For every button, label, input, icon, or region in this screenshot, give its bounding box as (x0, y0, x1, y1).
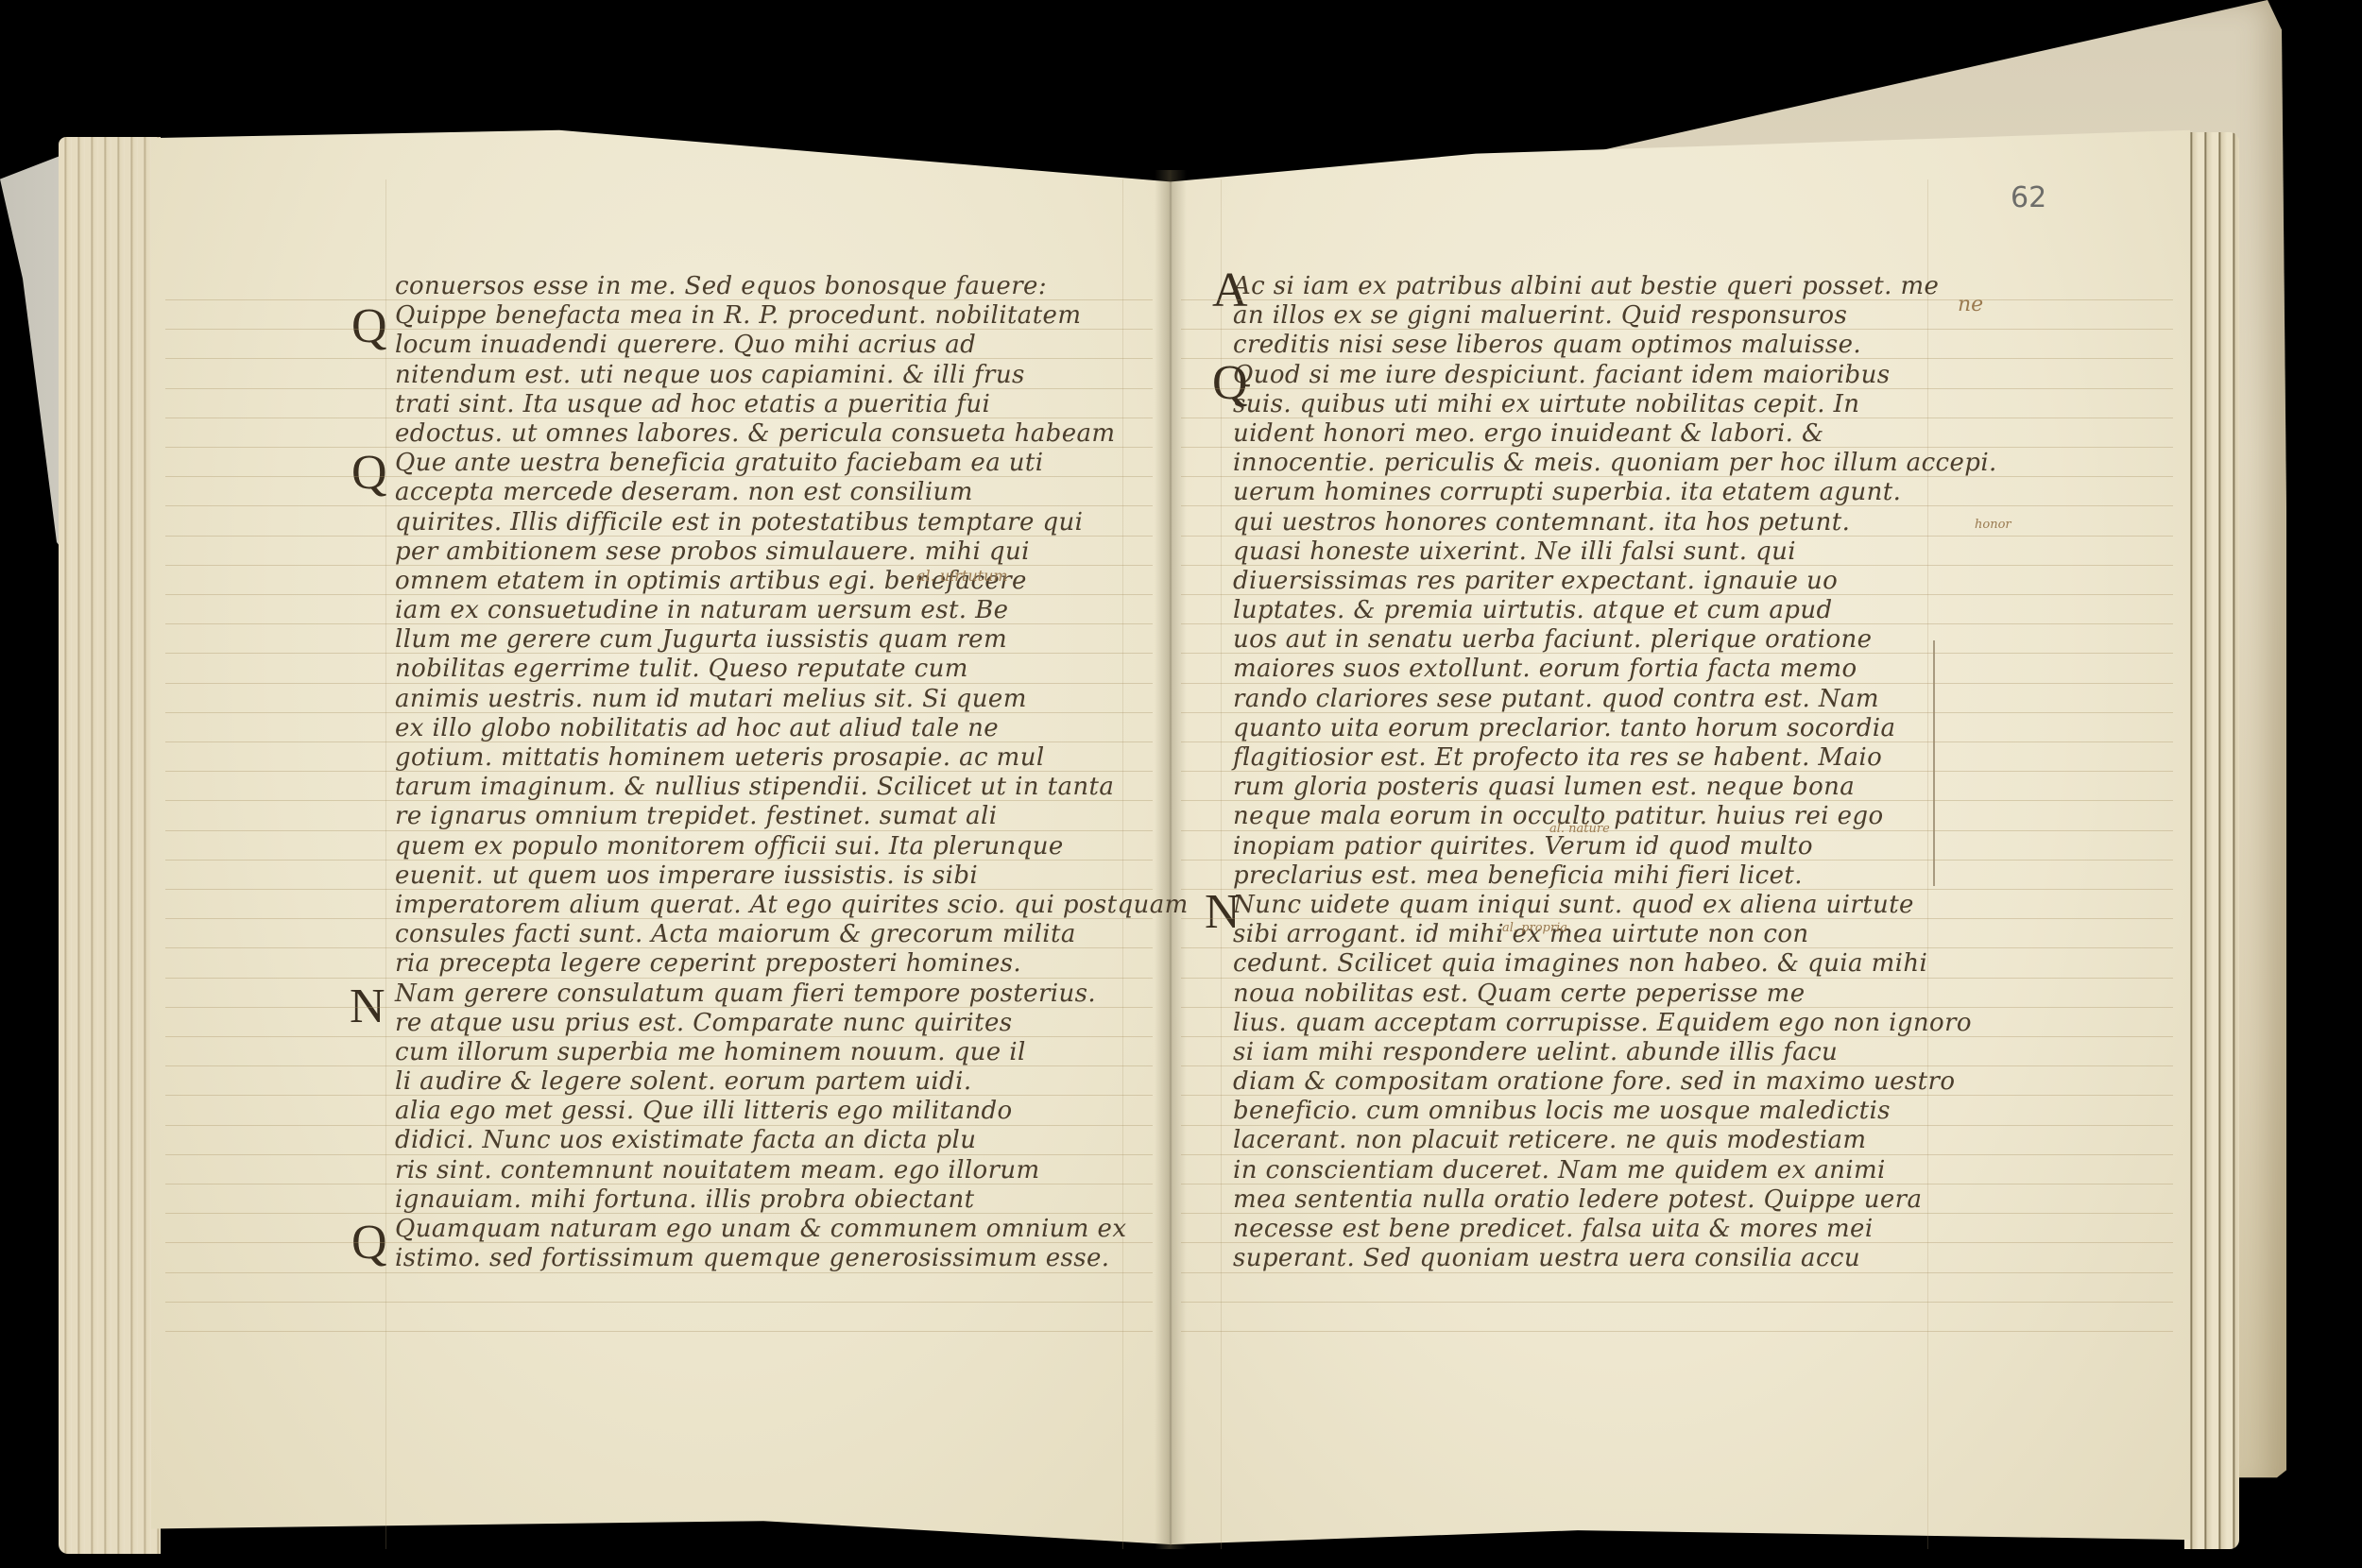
text-line: Ac si iam ex patribus albini aut bestie … (1233, 272, 1997, 301)
ruling-line (1181, 1184, 2173, 1185)
initial-letter: N (1205, 888, 1241, 937)
right-page-text: Ac si iam ex patribus albini aut bestie … (1233, 272, 1997, 1273)
text-line: ignauiam. mihi fortuna. illis probra obi… (395, 1185, 1189, 1215)
ruling-line (1181, 683, 2173, 684)
text-line: Nam gerere consulatum quam fieri tempore… (395, 980, 1189, 1009)
text-line: noua nobilitas est. Quam certe peperisse… (1233, 980, 1997, 1009)
text-line: iam ex consuetudine in naturam uersum es… (395, 596, 1189, 625)
text-line: rum gloria posteris quasi lumen est. neq… (1233, 773, 1997, 802)
ruling-line (1181, 1302, 2173, 1303)
text-line: suis. quibus uti mihi ex uirtute nobilit… (1233, 390, 1997, 419)
text-line: neque mala eorum in occulto patitur. hui… (1233, 802, 1997, 831)
ruling-line (165, 800, 1153, 801)
initial-letter: Q (351, 302, 387, 351)
ruling-line (165, 388, 1153, 389)
ruling-line (1181, 1095, 2173, 1096)
ruling-line (1181, 771, 2173, 772)
ruling-line (165, 299, 1153, 300)
ruling-line (165, 1125, 1153, 1126)
initial-letter: Q (351, 449, 387, 498)
ruling-line (1181, 1125, 2173, 1126)
ruling-line (1181, 918, 2173, 919)
text-line: ex illo globo nobilitatis ad hoc aut ali… (395, 714, 1189, 743)
interlinear-note: al. propria (1502, 921, 1567, 935)
ruling-line (165, 978, 1153, 979)
text-line: ris sint. contemnunt nouitatem meam. ego… (395, 1156, 1189, 1185)
text-line: llum me gerere cum Jugurta iussistis qua… (395, 625, 1189, 655)
text-line: consules facti sunt. Acta maiorum & grec… (395, 920, 1189, 949)
text-line: cum illorum superbia me hominem nouum. q… (395, 1038, 1189, 1067)
text-line: didici. Nunc uos existimate facta an dic… (395, 1126, 1189, 1155)
ruling-line (165, 1242, 1153, 1243)
text-line: quasi honeste uixerint. Ne illi falsi su… (1233, 537, 1997, 567)
text-line: diuersissimas res pariter expectant. ign… (1233, 567, 1997, 596)
ruling-line (165, 1184, 1153, 1185)
text-line: Que ante uestra beneficia gratuito facie… (395, 449, 1189, 478)
ruling-line (1181, 476, 2173, 477)
ruling-line (1181, 800, 2173, 801)
text-line: edoctus. ut omnes labores. & pericula co… (395, 419, 1189, 449)
text-line: flagitiosior est. Et profecto ita res se… (1233, 743, 1997, 773)
marginal-note: ne (1958, 293, 1983, 316)
text-line: lacerant. non placuit reticere. ne quis … (1233, 1126, 1997, 1155)
ruling-line (1181, 418, 2173, 418)
ruling-line (1181, 889, 2173, 890)
text-line: si iam mihi respondere uelint. abunde il… (1233, 1038, 1997, 1067)
text-line: Quod si me iure despiciunt. faciant idem… (1233, 361, 1997, 390)
ruling-line (1181, 741, 2173, 742)
ruling-line (165, 712, 1153, 713)
text-line: quanto uita eorum preclarior. tanto horu… (1233, 714, 1997, 743)
ruling-line (165, 1302, 1153, 1303)
interlinear-note: al. nature (1549, 822, 1610, 836)
ruling-line (165, 1095, 1153, 1096)
ruling-line (165, 594, 1153, 595)
ruling-line (165, 683, 1153, 684)
text-line: maiores suos extollunt. eorum fortia fac… (1233, 655, 1997, 684)
ruling-line (1181, 1036, 2173, 1037)
marginal-note: al. uirtutum (916, 567, 1008, 585)
text-line: nobilitas egerrime tulit. Queso reputate… (395, 655, 1189, 684)
text-line: Quamquam naturam ego unam & communem omn… (395, 1215, 1189, 1244)
text-line: euenit. ut quem uos imperare iussistis. … (395, 861, 1189, 891)
ruling-line (165, 1213, 1153, 1214)
text-line: accepta mercede deseram. non est consili… (395, 478, 1189, 507)
text-line: trati sint. Ita usque ad hoc etatis a pu… (395, 390, 1189, 419)
ruling-line (1181, 358, 2173, 359)
ruling-line (165, 565, 1153, 566)
ruling-line (165, 536, 1153, 537)
text-line: uident honori meo. ergo inuideant & labo… (1233, 419, 1997, 449)
text-line: lius. quam acceptam corrupisse. Equidem … (1233, 1009, 1997, 1038)
text-line: animis uestris. num id mutari melius sit… (395, 685, 1189, 714)
left-page-text: conuersos esse in me. Sed equos bonosque… (395, 272, 1189, 1273)
text-line: qui uestros honores contemnant. ita hos … (1233, 508, 1997, 537)
ruling-line (1181, 860, 2173, 861)
text-line: conuersos esse in me. Sed equos bonosque… (395, 272, 1189, 301)
text-line: superant. Sed quoniam uestra uera consil… (1233, 1244, 1997, 1273)
text-line: tarum imaginum. & nullius stipendii. Sci… (395, 773, 1189, 802)
ruling-line (165, 947, 1153, 948)
text-line: luptates. & premia uirtutis. atque et cu… (1233, 596, 1997, 625)
ruling-line (165, 889, 1153, 890)
text-line: rando clariores sese putant. quod contra… (1233, 685, 1997, 714)
text-line: in conscientiam duceret. Nam me quidem e… (1233, 1156, 1997, 1185)
ruling-line (1181, 623, 2173, 624)
ruling-line (165, 1154, 1153, 1155)
text-line: Nunc uidete quam iniqui sunt. quod ex al… (1233, 891, 1997, 920)
text-line: alia ego met gessi. Que illi litteris eg… (395, 1097, 1189, 1126)
text-line: uos aut in senatu uerba faciunt. pleriqu… (1233, 625, 1997, 655)
marginal-note: honor (1975, 518, 2011, 532)
ruling-left-margin-line (385, 179, 386, 1549)
ruling-line (1181, 653, 2173, 654)
ruling-line (1181, 1272, 2173, 1273)
ruling-line (165, 1036, 1153, 1037)
margin-bracket (1927, 640, 1935, 886)
text-line: quirites. Illis difficile est in potesta… (395, 508, 1189, 537)
ruling-line (165, 329, 1153, 330)
text-line: necesse est bene predicet. falsa uita & … (1233, 1215, 1997, 1244)
ruling-line (1181, 1242, 2173, 1243)
text-line: uerum homines corrupti superbia. ita eta… (1233, 478, 1997, 507)
ruling-line (165, 1065, 1153, 1066)
ruling-line (165, 1272, 1153, 1273)
ruling-line (165, 358, 1153, 359)
right-fore-edge-leaves (2184, 132, 2239, 1549)
ruling-line (1181, 565, 2173, 566)
ruling-line (165, 418, 1153, 418)
ruling-line (1181, 329, 2173, 330)
ruling-line (1181, 299, 2173, 300)
folio-number: 62 (2011, 181, 2046, 214)
ruling-line (1181, 830, 2173, 831)
text-line: diam & compositam oratione fore. sed in … (1233, 1067, 1997, 1097)
ruling-line (1181, 978, 2173, 979)
text-line: istimo. sed fortissimum quemque generosi… (395, 1244, 1189, 1273)
ruling-line (1181, 1154, 2173, 1155)
ruling-line (165, 771, 1153, 772)
text-line: li audire & legere solent. eorum partem … (395, 1067, 1189, 1097)
ruling-line (165, 653, 1153, 654)
ruling-line (1181, 536, 2173, 537)
text-line: re ignarus omnium trepidet. festinet. su… (395, 802, 1189, 831)
ruling-line (1181, 712, 2173, 713)
ruling-line (165, 860, 1153, 861)
text-line: beneficio. cum omnibus locis me uosque m… (1233, 1097, 1997, 1126)
ruling-line (1181, 505, 2173, 506)
ruling-line (1181, 1007, 2173, 1008)
ruling-line (165, 476, 1153, 477)
ruling-line (1181, 1331, 2173, 1332)
text-line: omnem etatem in optimis artibus egi. ben… (395, 567, 1189, 596)
text-line: quem ex populo monitorem officii sui. It… (395, 832, 1189, 861)
ruling-line (165, 830, 1153, 831)
text-line: preclarius est. mea beneficia mihi fieri… (1233, 861, 1997, 891)
ruling-line (165, 741, 1153, 742)
text-line: re atque usu prius est. Comparate nunc q… (395, 1009, 1189, 1038)
text-line: per ambitionem sese probos simulauere. m… (395, 537, 1189, 567)
ruling-line (1181, 947, 2173, 948)
initial-letter: Q (1212, 359, 1248, 408)
text-line: creditis nisi sese liberos quam optimos … (1233, 331, 1997, 360)
text-line: nitendum est. uti neque uos capiamini. &… (395, 361, 1189, 390)
ruling-line (165, 447, 1153, 448)
ruling-line (1181, 1213, 2173, 1214)
text-line: inopiam patior quirites. Verum id quod m… (1233, 832, 1997, 861)
ruling-line (1181, 388, 2173, 389)
text-line: Quippe benefacta mea in R. P. procedunt.… (395, 301, 1189, 331)
text-line: locum inuadendi querere. Quo mihi acrius… (395, 331, 1189, 360)
left-fore-edge-leaves (59, 137, 161, 1554)
text-line: mea sententia nulla oratio ledere potest… (1233, 1185, 1997, 1215)
ruling-line (1181, 447, 2173, 448)
text-line: gotium. mittatis hominem ueteris prosapi… (395, 743, 1189, 773)
text-line: sibi arrogant. id mihi ex mea uirtute no… (1233, 920, 1997, 949)
text-line: imperatorem alium querat. At ego quirite… (395, 891, 1189, 920)
ruling-line (165, 505, 1153, 506)
ruling-line (1181, 594, 2173, 595)
text-line: an illos ex se gigni maluerint. Quid res… (1233, 301, 1997, 331)
ruling-line (165, 918, 1153, 919)
text-line: ria precepta legere ceperint preposteri … (395, 949, 1189, 979)
text-line: innocentie. periculis & meis. quoniam pe… (1233, 449, 1997, 478)
ruling-line (165, 1331, 1153, 1332)
ruling-line (165, 1007, 1153, 1008)
initial-letter: A (1212, 266, 1248, 315)
ruling-line (1181, 1065, 2173, 1066)
ruling-line (165, 623, 1153, 624)
text-line: cedunt. Scilicet quia imagines non habeo… (1233, 949, 1997, 979)
